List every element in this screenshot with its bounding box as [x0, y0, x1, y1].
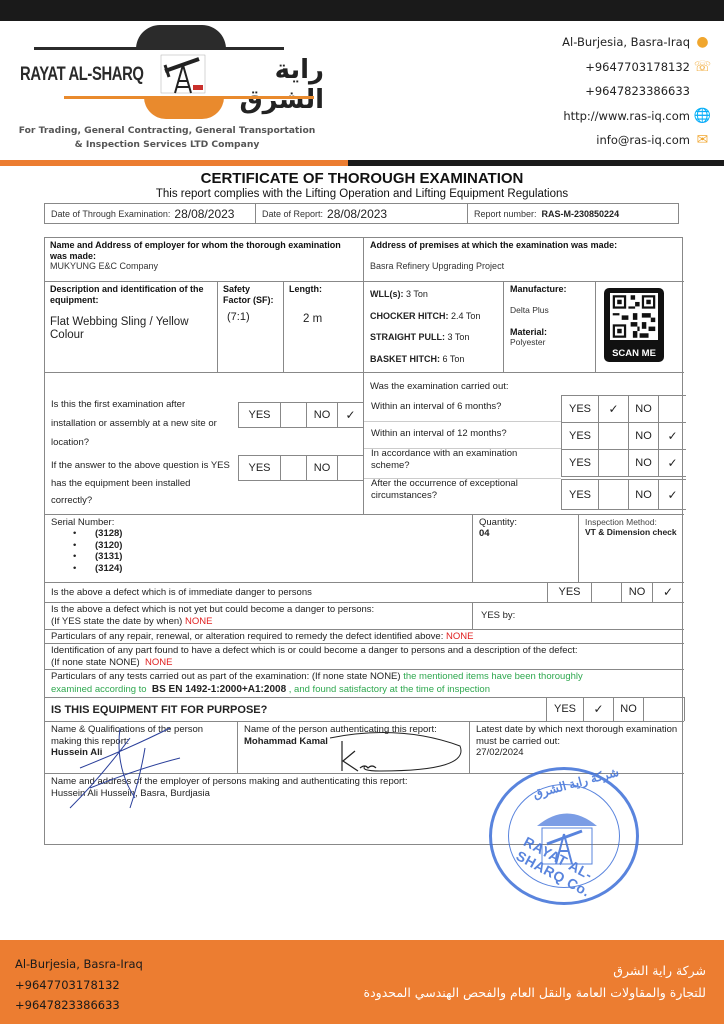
contact-website[interactable]: http://www.ras-iq.com [563, 109, 690, 123]
bullet-icon: • [73, 563, 95, 575]
no-label: NO [307, 456, 338, 480]
report-date-label: Date of Report: [262, 209, 323, 219]
exam-question: After the occurrence of exceptional circ… [371, 478, 551, 502]
no-checkbox[interactable]: ✓ [659, 423, 686, 449]
serial-number-item: •(3128) [73, 528, 466, 540]
safety-factor-label: Safety Factor (SF): [223, 284, 278, 305]
report-maker-cell: Name & Qualifications of the person maki… [45, 722, 238, 774]
exam-question: In accordance with an examination scheme… [371, 448, 551, 472]
question-installed-correctly: If the answer to the above question is Y… [51, 457, 231, 510]
footer-ar-line2: للتجارة والمقاولات العامة والنقل العام و… [364, 982, 706, 1004]
row-divider [364, 421, 561, 422]
report-number-label: Report number: [474, 209, 537, 219]
safety-factor-cell: Safety Factor (SF): (7:1) [218, 282, 284, 373]
yes-label: YES [562, 480, 599, 509]
yes-checkbox[interactable]: ✓ [584, 697, 614, 721]
company-tagline: For Trading, General Contracting, Genera… [17, 124, 317, 152]
contact-email[interactable]: info@ras-iq.com [596, 133, 690, 147]
no-checkbox[interactable]: ✓ [659, 480, 686, 509]
wll-value: 3 Ton [406, 289, 428, 299]
qr-code-icon [610, 293, 658, 340]
qr-code[interactable]: SCAN ME [604, 288, 664, 362]
premises-cell: Address of premises at which the examina… [364, 238, 684, 282]
wll-cell: WLL(s): 3 Ton CHOCKER HITCH: 2.4 Ton STR… [364, 282, 504, 373]
wll-label: WLL(s): [370, 289, 404, 299]
identification-value: NONE [145, 657, 172, 668]
examination-form: Name and Address of employer for whom th… [44, 237, 683, 845]
footer-contact: Al-Burjesia, Basra-Iraq +9647703178132 +… [15, 954, 143, 1016]
identification-question: Identification of any part found to have… [51, 645, 678, 657]
inspection-method-value: VT & Dimension check [585, 527, 678, 538]
repair-row: Particulars of any repair, renewal, or a… [45, 630, 684, 644]
premises-label: Address of premises at which the examina… [370, 240, 678, 251]
question-first-exam: Is this the first examination after inst… [51, 395, 231, 452]
yes-label: YES [562, 423, 599, 449]
no-checkbox[interactable]: ✓ [659, 450, 686, 476]
safety-factor-value: (7:1) [223, 311, 278, 323]
no-label: NO [622, 582, 653, 602]
exam-date-cell: Date of Through Examination:28/08/2023 [45, 204, 256, 223]
bullet-icon: • [73, 551, 95, 563]
exam-date-label: Date of Through Examination: [51, 209, 170, 219]
future-danger-cell: Is the above a defect which is not yet b… [45, 603, 473, 630]
straight-pull-label: STRAIGHT PULL: [370, 332, 445, 342]
tests-question: Particulars of any tests carried out as … [51, 671, 401, 682]
yes-label: YES [562, 450, 599, 476]
header-stripe-orange [0, 160, 348, 166]
scan-me-label: SCAN ME [604, 348, 664, 359]
straight-pull-value: 3 Ton [448, 332, 470, 342]
footer: Al-Burjesia, Basra-Iraq +9647703178132 +… [0, 940, 724, 1024]
bullet-icon: • [73, 540, 95, 552]
future-danger-note: (If YES state the date by when) [51, 616, 182, 627]
first-exam-questions-cell: Is this the first examination after inst… [45, 373, 364, 515]
future-danger-value: NONE [185, 616, 212, 627]
tagline-line1: For Trading, General Contracting, Genera… [17, 124, 317, 138]
yes-label: YES [239, 403, 281, 427]
no-checkbox[interactable]: ✓ [338, 403, 363, 427]
basket-hitch-label: BASKET HITCH: [370, 354, 440, 364]
location-pin-icon: ● [695, 35, 710, 50]
identification-note: (If none state NONE) [51, 657, 140, 668]
yes-by-label: YES by: [481, 610, 515, 621]
length-label: Length: [289, 284, 358, 295]
manufacture-cell: Manufacture: Delta Plus Material: Polyes… [504, 282, 596, 373]
inspection-method-cell: Inspection Method: VT & Dimension check [579, 515, 684, 583]
manufacture-label: Manufacture: [510, 284, 589, 295]
serial-number-value: (3120) [95, 540, 122, 551]
exam-question-yes-no: YESNO✓ [561, 422, 686, 450]
no-checkbox[interactable] [338, 456, 363, 480]
yes-by-cell: YES by: [473, 603, 684, 630]
fit-for-purpose-yes-no: YES ✓ NO [546, 697, 685, 721]
authenticator-label: Name of the person authenticating this r… [244, 724, 463, 736]
serial-number-cell: Serial Number: •(3128)•(3120)•(3131)•(31… [45, 515, 473, 583]
serial-number-item: •(3131) [73, 551, 466, 563]
top-dark-bar [0, 0, 724, 21]
repair-value: NONE [446, 631, 473, 642]
fit-for-purpose-row: IS THIS EQUIPMENT FIT FOR PURPOSE? YES ✓… [45, 698, 684, 722]
exam-carried-out-heading: Was the examination carried out: [370, 381, 509, 392]
yes-checkbox[interactable] [599, 480, 629, 509]
exam-question: Within an interval of 6 months? [371, 401, 551, 413]
tests-row: Particulars of any tests carried out as … [45, 670, 684, 698]
contact-phone1[interactable]: +9647703178132 [585, 60, 690, 74]
certificate-title: CERTIFICATE OF THOROUGH EXAMINATION [0, 170, 724, 187]
serial-number-item: •(3124) [73, 563, 466, 575]
row-divider [364, 478, 561, 479]
no-checkbox[interactable] [644, 697, 684, 721]
tests-standard: BS EN 1492-1:2000+A1:2008 [152, 684, 286, 695]
serial-number-value: (3124) [95, 563, 122, 574]
tests-result-1: the mentioned items have been thoroughly [403, 671, 583, 682]
manufacture-value: Delta Plus [510, 305, 589, 315]
footer-phone2[interactable]: +9647823386633 [15, 995, 143, 1016]
yes-label: YES [547, 697, 584, 721]
header-stripe-black [348, 160, 724, 166]
report-date-cell: Date of Report:28/08/2023 [256, 204, 468, 223]
description-label: Description and identification of the eq… [50, 284, 212, 305]
no-label: NO [629, 423, 659, 449]
next-exam-date: 27/02/2024 [476, 747, 678, 759]
no-label: NO [629, 480, 659, 509]
company-logo: RAYAT AL-SHARQ راية الشرق [14, 25, 324, 125]
exam-question: Within an interval of 12 months? [371, 428, 551, 440]
next-exam-label: Latest date by which next thorough exami… [476, 724, 678, 747]
yes-label: YES [239, 456, 281, 480]
authenticator-name: Mohammad Kamal [244, 736, 463, 748]
no-label: NO [307, 403, 338, 427]
immediate-danger-yes-no: YES NO ✓ [547, 582, 683, 602]
report-maker-name: Hussein Ali [51, 747, 231, 759]
immediate-danger-row: Is the above a defect which is of immedi… [45, 583, 684, 603]
future-danger-question: Is the above a defect which is not yet b… [51, 604, 466, 616]
serial-number-value: (3128) [95, 528, 122, 539]
yes-checkbox[interactable] [599, 450, 629, 476]
certificate-subtitle: This report complies with the Lifting Op… [0, 188, 724, 200]
exam-question-yes-no: YES✓NO [561, 395, 686, 423]
employer-value: MUKYUNG E&C Company [50, 261, 358, 271]
employer-label: Name and Address of employer for whom th… [50, 240, 358, 261]
serial-number-label: Serial Number: [51, 517, 466, 528]
gear-orange-icon [144, 97, 224, 119]
telephone-icon: ☏ [695, 59, 710, 74]
envelope-icon: ✉ [695, 133, 710, 148]
next-exam-cell: Latest date by which next thorough exami… [470, 722, 684, 774]
exam-question-yes-no: YESNO✓ [561, 479, 686, 510]
installed-correctly-yes-no: YES NO [238, 455, 364, 481]
quantity-label: Quantity: [479, 517, 572, 528]
company-stamp: شركة راية الشرق RAYAT AL-SHARQ Co. [489, 767, 639, 905]
footer-phone1[interactable]: +9647703178132 [15, 975, 143, 996]
length-cell: Length: 2 m [284, 282, 364, 373]
globe-icon: 🌐 [695, 108, 710, 123]
yes-label: YES [562, 396, 599, 422]
description-cell: Description and identification of the eq… [45, 282, 218, 373]
report-date-value: 28/08/2023 [327, 207, 387, 221]
yes-checkbox[interactable] [599, 423, 629, 449]
material-value: Polyester [510, 337, 589, 347]
exam-question-yes-no: YESNO✓ [561, 449, 686, 477]
yes-label: YES [548, 582, 592, 602]
tests-result-3: , and found satisfactory at the time of … [289, 684, 490, 695]
contact-address: Al-Burjesia, Basra-Iraq [562, 35, 690, 49]
premises-value: Basra Refinery Upgrading Project [370, 261, 678, 271]
footer-ar-line1: شركة راية الشرق [364, 960, 706, 982]
quantity-value: 04 [479, 528, 572, 539]
choker-hitch-value: 2.4 Ton [451, 311, 480, 321]
yes-checkbox[interactable] [592, 582, 622, 602]
inspection-method-label: Inspection Method: [585, 517, 678, 527]
exam-date-value: 28/08/2023 [174, 207, 234, 221]
material-label: Material: [510, 327, 589, 338]
identification-row: Identification of any part found to have… [45, 644, 684, 670]
gear-icon [136, 25, 226, 49]
report-maker-label: Name & Qualifications of the person maki… [51, 724, 231, 747]
no-label: NO [629, 396, 659, 422]
quantity-cell: Quantity: 04 [473, 515, 579, 583]
no-label: NO [629, 450, 659, 476]
serial-number-list: •(3128)•(3120)•(3131)•(3124) [51, 528, 466, 574]
oil-pump-icon [159, 53, 207, 95]
footer-address: Al-Burjesia, Basra-Iraq [15, 954, 143, 975]
report-number-value: RAS-M-230850224 [542, 209, 620, 219]
report-number-cell: Report number:RAS-M-230850224 [468, 204, 678, 223]
tests-result-2: examined according to [51, 684, 147, 695]
authenticator-cell: Name of the person authenticating this r… [238, 722, 470, 774]
serial-number-value: (3131) [95, 551, 122, 562]
employer-cell: Name and Address of employer for whom th… [45, 238, 364, 282]
no-checkbox[interactable] [659, 396, 686, 422]
footer-company-ar: شركة راية الشرق للتجارة والمقاولات العام… [364, 960, 706, 1004]
logo-divider [34, 47, 284, 50]
tagline-line2: & Inspection Services LTD Company [17, 138, 317, 152]
repair-question: Particulars of any repair, renewal, or a… [51, 631, 443, 642]
immediate-danger-question: Is the above a defect which is of immedi… [51, 587, 312, 598]
serial-number-item: •(3120) [73, 540, 466, 552]
choker-hitch-label: CHOCKER HITCH: [370, 311, 449, 321]
contact-phone2[interactable]: +9647823386633 [585, 84, 690, 98]
first-exam-yes-no: YES NO ✓ [238, 402, 364, 428]
bullet-icon: • [73, 528, 95, 540]
yes-checkbox[interactable] [281, 403, 307, 427]
logo-text-ar: راية الشرق [210, 55, 324, 115]
header-contact: Al-Burjesia, Basra-Iraq● +9647703178132☏… [562, 30, 710, 153]
dates-row: Date of Through Examination:28/08/2023 D… [44, 203, 679, 224]
logo-text-en: RAYAT AL-SHARQ [20, 64, 144, 86]
yes-checkbox[interactable] [281, 456, 307, 480]
no-label: NO [614, 697, 644, 721]
fit-for-purpose-question: IS THIS EQUIPMENT FIT FOR PURPOSE? [51, 704, 267, 716]
basket-hitch-value: 6 Ton [443, 354, 465, 364]
length-value: 2 m [289, 313, 358, 325]
description-value: Flat Webbing Sling / Yellow Colour [50, 316, 212, 342]
yes-checkbox[interactable]: ✓ [599, 396, 629, 422]
row-divider [364, 448, 561, 449]
no-checkbox[interactable]: ✓ [653, 582, 683, 602]
